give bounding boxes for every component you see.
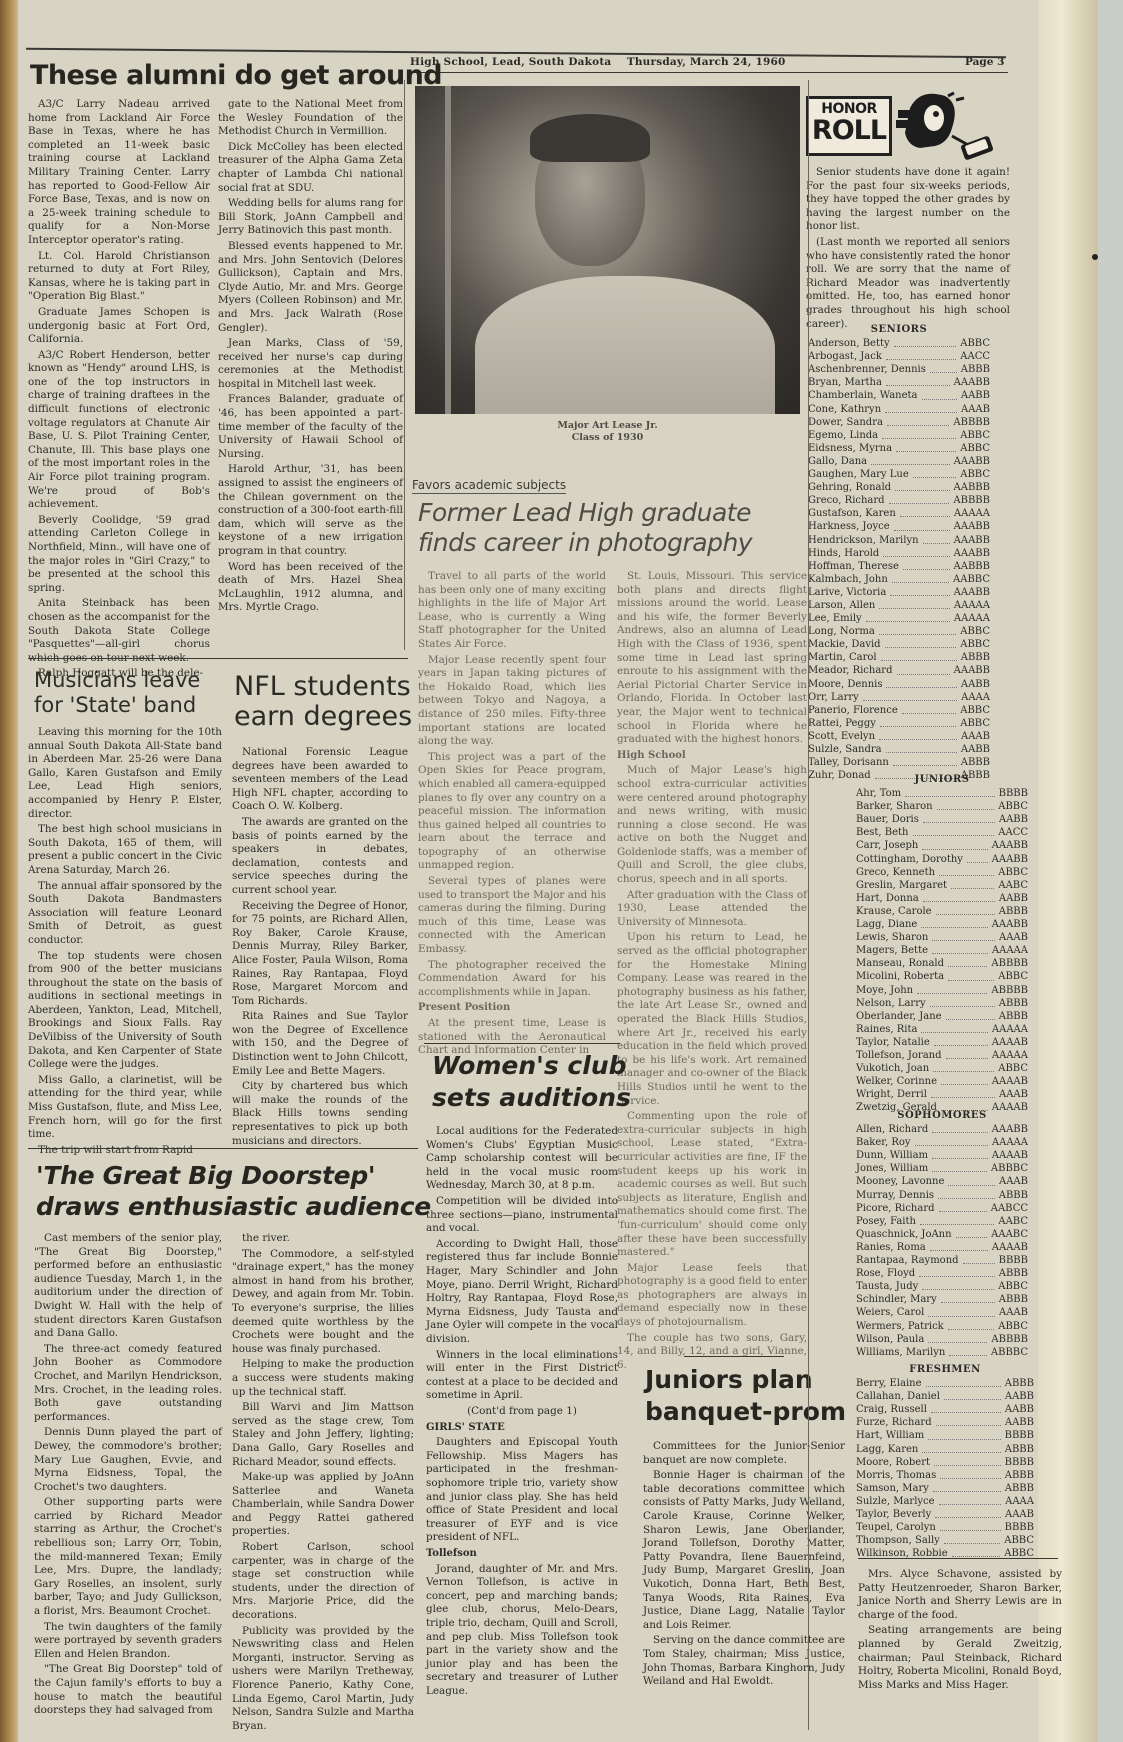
dot-leader [893, 765, 957, 766]
honor-roll-entry: Krause, CaroleABBB [856, 905, 1028, 918]
student-grades: AAABB [954, 534, 990, 547]
honor-roll-entry: Aschenbrenner, DennisABBB [808, 363, 990, 376]
doorstep-rule [28, 1148, 418, 1149]
student-name: Best, Beth [856, 826, 909, 839]
juniors-prom-column-2: Mrs. Alyce Schavone, assisted by Patty H… [858, 1568, 1062, 1694]
honor-roll-entry: Callahan, DanielAABB [856, 1390, 1034, 1403]
dot-leader [963, 1263, 995, 1264]
honor-roll-entry: Sulzle, SandraAABB [808, 743, 990, 756]
student-grades: AABB [961, 743, 990, 756]
student-grades: AACC [998, 826, 1028, 839]
honor-roll-entry: Moye, JohnABBBB [856, 984, 1028, 997]
student-name: Mooney, Lavonne [856, 1175, 944, 1188]
womens-club-headline-line-2: sets auditions [432, 1082, 631, 1114]
student-name: Berry, Elaine [856, 1377, 922, 1390]
paragraph: Other supporting parts were carried by R… [34, 1496, 222, 1618]
honor-roll-entry: Larson, AllenAAAAA [808, 599, 990, 612]
dot-leader [923, 543, 950, 544]
caption-name: Major Art Lease Jr. [415, 420, 800, 432]
musicians-column: Leaving this morning for the 10th annual… [28, 726, 222, 1159]
honor-roll-entry: Egemo, LindaABBC [808, 429, 990, 442]
student-name: Hendrickson, Marilyn [808, 534, 919, 547]
honor-roll-entry: Weiers, CarolAAAB [856, 1306, 1028, 1319]
student-grades: AABB [961, 678, 990, 691]
class-heading: JUNIORS [856, 773, 1028, 786]
paragraph: Helping to make the production a success… [232, 1358, 414, 1399]
dot-leader [921, 1032, 987, 1033]
honor-roll-entry: Micolini, RobertaABBC [856, 970, 1028, 983]
honor-roll-entry: Greco, RichardABBBB [808, 494, 990, 507]
student-name: Orr, Larry [808, 691, 859, 704]
honor-roll-entry: Panerio, FlorenceABBC [808, 704, 990, 717]
student-grades: AABB [1005, 1390, 1034, 1403]
juniors-prom-headline-line-1: Juniors plan [645, 1364, 846, 1396]
doorstep-headline: 'The Great Big Doorstep' draws enthusias… [36, 1160, 431, 1222]
dot-leader [871, 464, 950, 465]
student-name: Talley, Dorisann [808, 756, 889, 769]
honor-roll-entry: Tausta, JudyABBC [856, 1280, 1028, 1293]
student-name: Larive, Victoria [808, 586, 886, 599]
dot-leader [939, 1504, 1002, 1505]
dot-leader [937, 809, 995, 810]
honor-roll-entry: Long, NormaABBC [808, 625, 990, 638]
subhead: Tollefson [426, 1547, 618, 1561]
lease-column-2: St. Louis, Missouri. This service both p… [617, 570, 807, 1374]
student-grades: AABBB [954, 481, 991, 494]
student-name: Raines, Rita [856, 1023, 917, 1036]
student-grades: ABBBB [991, 1333, 1028, 1346]
honor-roll-entry: Hart, WilliamBBBB [856, 1429, 1034, 1442]
student-name: Morris, Thomas [856, 1469, 936, 1482]
student-grades: AAABB [992, 839, 1028, 852]
dot-leader [932, 1158, 988, 1159]
caption-class: Class of 1930 [415, 432, 800, 444]
girls-state-column: (Cont'd from page 1)GIRLS' STATEDaughter… [426, 1405, 618, 1700]
paragraph: Mrs. Alyce Schavone, assisted by Patty H… [858, 1568, 1062, 1622]
honor-roll-entry: Samson, MaryABBB [856, 1482, 1034, 1495]
student-grades: AAABC [991, 1228, 1028, 1241]
student-with-books-cartoon-icon [890, 88, 1000, 163]
paragraph: Upon his return to Lead, he served as th… [617, 931, 807, 1108]
student-name: Arbogast, Jack [808, 350, 882, 363]
paragraph: The Commodore, a self-styled "drainage e… [232, 1248, 414, 1357]
honor-roll-entry: Moore, DennisAABB [808, 678, 990, 691]
student-grades: AABBC [953, 573, 990, 586]
student-name: Panerio, Florence [808, 704, 898, 717]
student-name: Murray, Dennis [856, 1189, 934, 1202]
dot-leader [889, 503, 950, 504]
honor-roll-entry: Vukotich, JoanABBC [856, 1062, 1028, 1075]
student-grades: AABC [998, 879, 1028, 892]
class-heading: FRESHMEN [856, 1363, 1034, 1376]
dot-leader [903, 569, 950, 570]
honor-roll-seniors: SENIORSAnderson, BettyABBCArbogast, Jack… [808, 322, 990, 782]
student-name: Kalmbach, John [808, 573, 888, 586]
dot-leader [896, 451, 956, 452]
student-grades: ABBC [998, 866, 1028, 879]
honor-roll-entry: Jones, WilliamABBBC [856, 1162, 1028, 1175]
dot-leader [936, 1425, 1001, 1426]
student-name: Ahr, Tom [856, 787, 901, 800]
dot-leader [902, 713, 956, 714]
juniors-prom-headline-line-2: banquet-prom [645, 1396, 846, 1428]
dot-leader [931, 1097, 995, 1098]
student-grades: ABBB [961, 651, 990, 664]
dot-leader [928, 1439, 1000, 1440]
honor-roll-entry: Lagg, DianeAAABB [856, 918, 1028, 931]
student-grades: ABBB [1005, 1443, 1034, 1456]
paragraph: According to Dwight Hall, those register… [426, 1238, 618, 1347]
honor-roll-entry: Hendrickson, MarilynAAABB [808, 534, 990, 547]
honor-roll-entry: Mooney, LavonneAAAB [856, 1175, 1028, 1188]
dot-leader [932, 940, 995, 941]
student-grades: ABBC [998, 1280, 1028, 1293]
column-divider [808, 80, 809, 1730]
student-name: Wermers, Patrick [856, 1320, 944, 1333]
student-grades: AAABB [992, 853, 1028, 866]
honor-roll-entry: Quaschnick, JoAnnAAABC [856, 1228, 1028, 1241]
honor-roll-entry: Welker, CorinneAAAAB [856, 1075, 1028, 1088]
student-name: Lagg, Diane [856, 918, 917, 931]
honor-roll-entry: Murray, DennisABBB [856, 1189, 1028, 1202]
honor-roll-entry: Wermers, PatrickABBC [856, 1320, 1028, 1333]
class-heading: SENIORS [808, 323, 990, 336]
lease-headline: Former Lead High graduate finds career i… [418, 498, 752, 558]
honor-roll-entry: Baker, RoyAAAAA [856, 1136, 1028, 1149]
paragraph: The best high school musicians in South … [28, 823, 222, 877]
dot-leader [926, 1386, 1001, 1387]
dot-leader [940, 1478, 1001, 1479]
student-name: Moye, John [856, 984, 913, 997]
student-name: Callahan, Daniel [856, 1390, 940, 1403]
paragraph: Dick McColley has been elected treasurer… [218, 141, 403, 195]
dot-leader [946, 1019, 995, 1020]
student-grades: ABBB [1005, 1469, 1034, 1482]
student-grades: BBBB [999, 787, 1028, 800]
student-name: Vukotich, Joan [856, 1062, 929, 1075]
honor-roll-entry: Picore, RichardAABCC [856, 1202, 1028, 1215]
honor-roll-entry: Schindler, MaryABBB [856, 1293, 1028, 1306]
student-grades: AABB [1005, 1416, 1034, 1429]
paragraph: Publicity was provided by the Newswritin… [232, 1625, 414, 1734]
musicians-headline: Musicians leave for 'State' band [34, 668, 200, 718]
alumni-column-1: A3/C Larry Nadeau arrived home from Lack… [28, 98, 210, 683]
student-name: Quaschnick, JoAnn [856, 1228, 952, 1241]
dot-leader [922, 849, 987, 850]
dot-leader [923, 901, 995, 902]
page-margin [1038, 0, 1098, 1742]
student-grades: ABBC [960, 625, 990, 638]
lease-kicker: Favors academic subjects [412, 478, 566, 494]
lease-column-1: Travel to all parts of the world has bee… [418, 570, 606, 1060]
student-name: Taylor, Beverly [856, 1508, 931, 1521]
student-name: Krause, Carole [856, 905, 932, 918]
student-name: Martin, Carol [808, 651, 877, 664]
paragraph: Bonnie Hager is chairman of the table de… [643, 1469, 845, 1632]
student-name: Gustafson, Karen [808, 507, 896, 520]
juniors-prom-column-1: Committees for the Junior-Senior banquet… [643, 1440, 845, 1691]
dot-leader [866, 621, 950, 622]
student-grades: AAAAA [954, 599, 990, 612]
student-name: Sulzle, Sandra [808, 743, 882, 756]
student-grades: ABBBB [953, 494, 990, 507]
student-grades: ABBB [961, 756, 990, 769]
dot-leader [936, 914, 995, 915]
paragraph: Serving on the dance committee are Tom S… [643, 1634, 845, 1688]
student-grades: ABBBC [991, 1162, 1028, 1175]
student-grades: AAAB [999, 1306, 1028, 1319]
musicians-headline-line-1: Musicians leave [34, 668, 200, 693]
dot-leader [938, 1198, 995, 1199]
paragraph: Leaving this morning for the 10th annual… [28, 726, 222, 821]
student-grades: AAAAA [992, 944, 1028, 957]
dot-leader [913, 477, 956, 478]
student-grades: ABBC [960, 442, 990, 455]
dot-leader [886, 752, 957, 753]
student-grades: AAAA [961, 691, 990, 704]
honor-roll-entry: Rantapaa, RaymondBBBB [856, 1254, 1028, 1267]
dot-leader [880, 726, 956, 727]
student-grades: AAAAB [992, 1075, 1028, 1088]
dot-leader [882, 438, 956, 439]
student-name: Chamberlain, Waneta [808, 389, 918, 402]
student-grades: BBBB [1005, 1429, 1034, 1442]
honor-roll-entry: Gallo, DanaAAABB [808, 455, 990, 468]
honor-roll-entry: Raines, RitaAAAAA [856, 1023, 1028, 1036]
paragraph: Wedding bells for alums rang for Bill St… [218, 197, 403, 238]
honor-roll-entry: Hinds, HaroldAAABB [808, 547, 990, 560]
paragraph: Jorand, daughter of Mr. and Mrs. Vernon … [426, 1563, 618, 1699]
student-name: Wilson, Paula [856, 1333, 924, 1346]
dot-leader [967, 862, 988, 863]
paragraph: St. Louis, Missouri. This service both p… [617, 570, 807, 747]
honor-roll-entry: Arbogast, JackAACC [808, 350, 990, 363]
student-name: Egemo, Linda [808, 429, 878, 442]
student-name: Aschenbrenner, Dennis [808, 363, 926, 376]
honor-roll-entry: Sulzle, MarlyceAAAA [856, 1495, 1034, 1508]
honor-roll-entry: Lewis, SharonAAAB [856, 931, 1028, 944]
student-grades: ABBB [999, 997, 1028, 1010]
student-grades: AAABB [992, 918, 1028, 931]
student-grades: ABBC [998, 800, 1028, 813]
dot-leader [886, 687, 956, 688]
womens-club-headline-line-1: Women's club [432, 1050, 631, 1082]
paragraph: The photographer received the Commendati… [418, 959, 606, 1000]
paragraph: Several types of planes were used to tra… [418, 875, 606, 957]
juniors-prom-rule [684, 1356, 784, 1357]
honor-roll-entry: Harkness, JoyceAAABB [808, 520, 990, 533]
student-name: Gehring, Ronald [808, 481, 891, 494]
student-name: Tollefson, Jorand [856, 1049, 942, 1062]
honor-roll-intro: Senior students have done it again! For … [806, 166, 1010, 333]
dot-leader [923, 822, 995, 823]
honor-roll-entry: Craig, RussellAABB [856, 1403, 1034, 1416]
paragraph: Anita Steinback has been chosen as the a… [28, 597, 210, 665]
student-grades: AAAAB [992, 1149, 1028, 1162]
paragraph: Daughters and Episcopal Youth Fellowship… [426, 1436, 618, 1545]
honor-roll-freshmen: FRESHMENBerry, ElaineABBBCallahan, Danie… [856, 1362, 1034, 1560]
paragraph: "The Great Big Doorstep" told of the Caj… [34, 1663, 222, 1717]
paragraph: After graduation with the Class of 1930,… [617, 889, 807, 930]
honor-roll-entry: Ahr, TomBBBB [856, 787, 1028, 800]
honor-roll-entry: Gehring, RonaldAABBB [808, 481, 990, 494]
honor-roll-entry: Eidsness, MyrnaABBC [808, 442, 990, 455]
honor-roll-entry: Lee, EmilyAAAAA [808, 612, 990, 625]
student-name: Picore, Richard [856, 1202, 935, 1215]
student-grades: AAABB [954, 520, 990, 533]
dot-leader [920, 1224, 994, 1225]
masthead: High School, Lead, South Dakota Thursday… [410, 56, 786, 68]
honor-roll-entry: Larive, VictoriaAAABB [808, 586, 990, 599]
paragraph: Bill Warvi and Jim Mattson served as the… [232, 1401, 414, 1469]
paragraph: Harold Arthur, '31, has been assigned to… [218, 463, 403, 558]
dot-leader [951, 888, 994, 889]
dot-leader [895, 490, 949, 491]
student-name: Mackie, David [808, 638, 881, 651]
dot-leader [928, 1316, 995, 1317]
honor-roll-entry: Best, BethAACC [856, 826, 1028, 839]
honor-roll-entry: Greco, KennethABBC [856, 866, 1028, 879]
paragraph: Word has been received of the death of M… [218, 561, 403, 615]
binding-edge [0, 0, 18, 1742]
student-grades: AAAAB [992, 1036, 1028, 1049]
student-name: Long, Norma [808, 625, 875, 638]
paragraph: The top students were chosen from 900 of… [28, 950, 222, 1072]
dot-leader [932, 1132, 987, 1133]
student-name: Greslin, Margaret [856, 879, 947, 892]
roll-end-rule [858, 1558, 1058, 1559]
student-name: Thompson, Sally [856, 1534, 940, 1547]
student-grades: ABBC [998, 970, 1028, 983]
dot-leader [941, 1084, 988, 1085]
honor-roll-entry: Bauer, DorisAABB [856, 813, 1028, 826]
paragraph: The three-act comedy featured John Boohe… [34, 1343, 222, 1425]
student-grades: AABC [998, 1215, 1028, 1228]
page-number: Page 3 [965, 56, 1004, 68]
student-grades: AABB [961, 389, 990, 402]
honor-roll-juniors: JUNIORSAhr, TomBBBBBarker, SharonABBCBau… [856, 772, 1028, 1114]
paragraph: City by chartered bus which will make th… [232, 1080, 408, 1148]
student-name: Welker, Corinne [856, 1075, 937, 1088]
dot-leader [919, 1276, 995, 1277]
student-grades: AABB [1005, 1403, 1034, 1416]
student-grades: ABBB [961, 363, 990, 376]
continued-note: (Cont'd from page 1) [426, 1405, 618, 1419]
honor-roll-entry: Taylor, BeverlyAAAB [856, 1508, 1034, 1521]
dot-leader [944, 1543, 1000, 1544]
student-name: Hoffman, Therese [808, 560, 899, 573]
dot-leader [879, 739, 957, 740]
honor-roll-entry: Oberlander, JaneABBB [856, 1010, 1028, 1023]
paragraph: Robert Carlson, school carpenter, was in… [232, 1541, 414, 1623]
student-grades: AAAAA [992, 1049, 1028, 1062]
student-grades: ABBBC [991, 1346, 1028, 1359]
student-name: Ranies, Roma [856, 1241, 926, 1254]
student-name: Micolini, Roberta [856, 970, 944, 983]
nfl-headline-line-2: earn degrees [234, 702, 412, 732]
student-grades: AAAAA [992, 1136, 1028, 1149]
paragraph: Cast members of the senior play, "The Gr… [34, 1232, 222, 1341]
honor-roll-logo-line-2: ROLL [809, 117, 889, 145]
dot-leader [939, 875, 994, 876]
student-name: Craig, Russell [856, 1403, 927, 1416]
honor-roll-entry: Barker, SharonABBC [856, 800, 1028, 813]
dot-leader [887, 425, 949, 426]
paragraph: Dennis Dunn played the part of Dewey, th… [34, 1426, 222, 1494]
student-grades: AAAAA [954, 612, 990, 625]
doorstep-column-2: the river.The Commodore, a self-styled "… [232, 1232, 414, 1735]
doorstep-headline-line-2: draws enthusiastic audience [36, 1191, 431, 1222]
student-name: Oberlander, Jane [856, 1010, 942, 1023]
student-grades: AAABB [954, 664, 990, 677]
paragraph: Beverly Coolidge, '59 grad attending Car… [28, 514, 210, 596]
doorstep-headline-line-1: 'The Great Big Doorstep' [36, 1160, 431, 1191]
student-grades: ABBBB [953, 416, 990, 429]
paragraph: The trip will start from Rapid [28, 1144, 222, 1158]
paragraph: Receiving the Degree of Honor, for 75 po… [232, 900, 408, 1009]
paragraph: Make-up was applied by JoAnn Satterlee a… [232, 1471, 414, 1539]
student-grades: AACC [960, 350, 990, 363]
student-grades: BBBB [999, 1254, 1028, 1267]
honor-roll-entry: Mackie, DavidABBC [808, 638, 990, 651]
student-name: Rose, Floyd [856, 1267, 915, 1280]
student-name: Rattei, Peggy [808, 717, 876, 730]
dot-leader [879, 634, 956, 635]
major-lease-photo [415, 86, 800, 414]
paragraph: Blessed events happened to Mr. and Mrs. … [218, 240, 403, 335]
student-grades: AAAB [999, 1088, 1028, 1101]
student-name: Scott, Evelyn [808, 730, 875, 743]
dot-leader [930, 1006, 995, 1007]
paragraph: Seating arrangements are being planned b… [858, 1624, 1062, 1692]
student-grades: BBBB [1005, 1521, 1034, 1534]
honor-roll-entry: Meador, RichardAAABB [808, 664, 990, 677]
dot-leader [935, 1517, 1001, 1518]
honor-roll-entry: Allen, RichardAAABB [856, 1123, 1028, 1136]
dot-leader [922, 1452, 1000, 1453]
nfl-headline-line-1: NFL students [234, 672, 412, 702]
honor-roll-entry: Moore, RobertBBBB [856, 1456, 1034, 1469]
honor-roll-entry: Rattei, PeggyABBC [808, 717, 990, 730]
honor-roll-entry: Williams, MarilynABBBC [856, 1346, 1028, 1359]
student-name: Greco, Richard [808, 494, 885, 507]
student-name: Dunn, William [856, 1149, 928, 1162]
student-grades: ABBB [999, 1293, 1028, 1306]
section-rule [28, 658, 408, 659]
dot-leader [863, 700, 957, 701]
dot-leader [885, 412, 957, 413]
issue-date: Thursday, March 24, 1960 [627, 56, 786, 68]
paragraph: Jean Marks, Class of '59, received her n… [218, 337, 403, 391]
honor-roll-entry: Taylor, NatalieAAAAB [856, 1036, 1028, 1049]
student-name: Carr, Joseph [856, 839, 918, 852]
dot-leader [894, 346, 957, 347]
student-name: Gaughen, Mary Lue [808, 468, 909, 481]
paragraph: This project was a part of the Open Skie… [418, 751, 606, 873]
honor-roll-entry: Hoffman, ThereseAABBB [808, 560, 990, 573]
student-name: Barker, Sharon [856, 800, 933, 813]
honor-roll-entry: Morris, ThomasABBB [856, 1469, 1034, 1482]
honor-roll-entry: Scott, EvelynAAAB [808, 730, 990, 743]
honor-roll-entry: Ranies, RomaAAAAB [856, 1241, 1028, 1254]
student-grades: AAAB [999, 1175, 1028, 1188]
student-grades: AAAAA [954, 507, 990, 520]
student-name: Lewis, Sharon [856, 931, 928, 944]
student-name: Dower, Sandra [808, 416, 883, 429]
dot-leader [886, 359, 956, 360]
honor-roll-entry: Cone, KathrynAAAB [808, 403, 990, 416]
student-grades: ABBC [1004, 1534, 1034, 1547]
